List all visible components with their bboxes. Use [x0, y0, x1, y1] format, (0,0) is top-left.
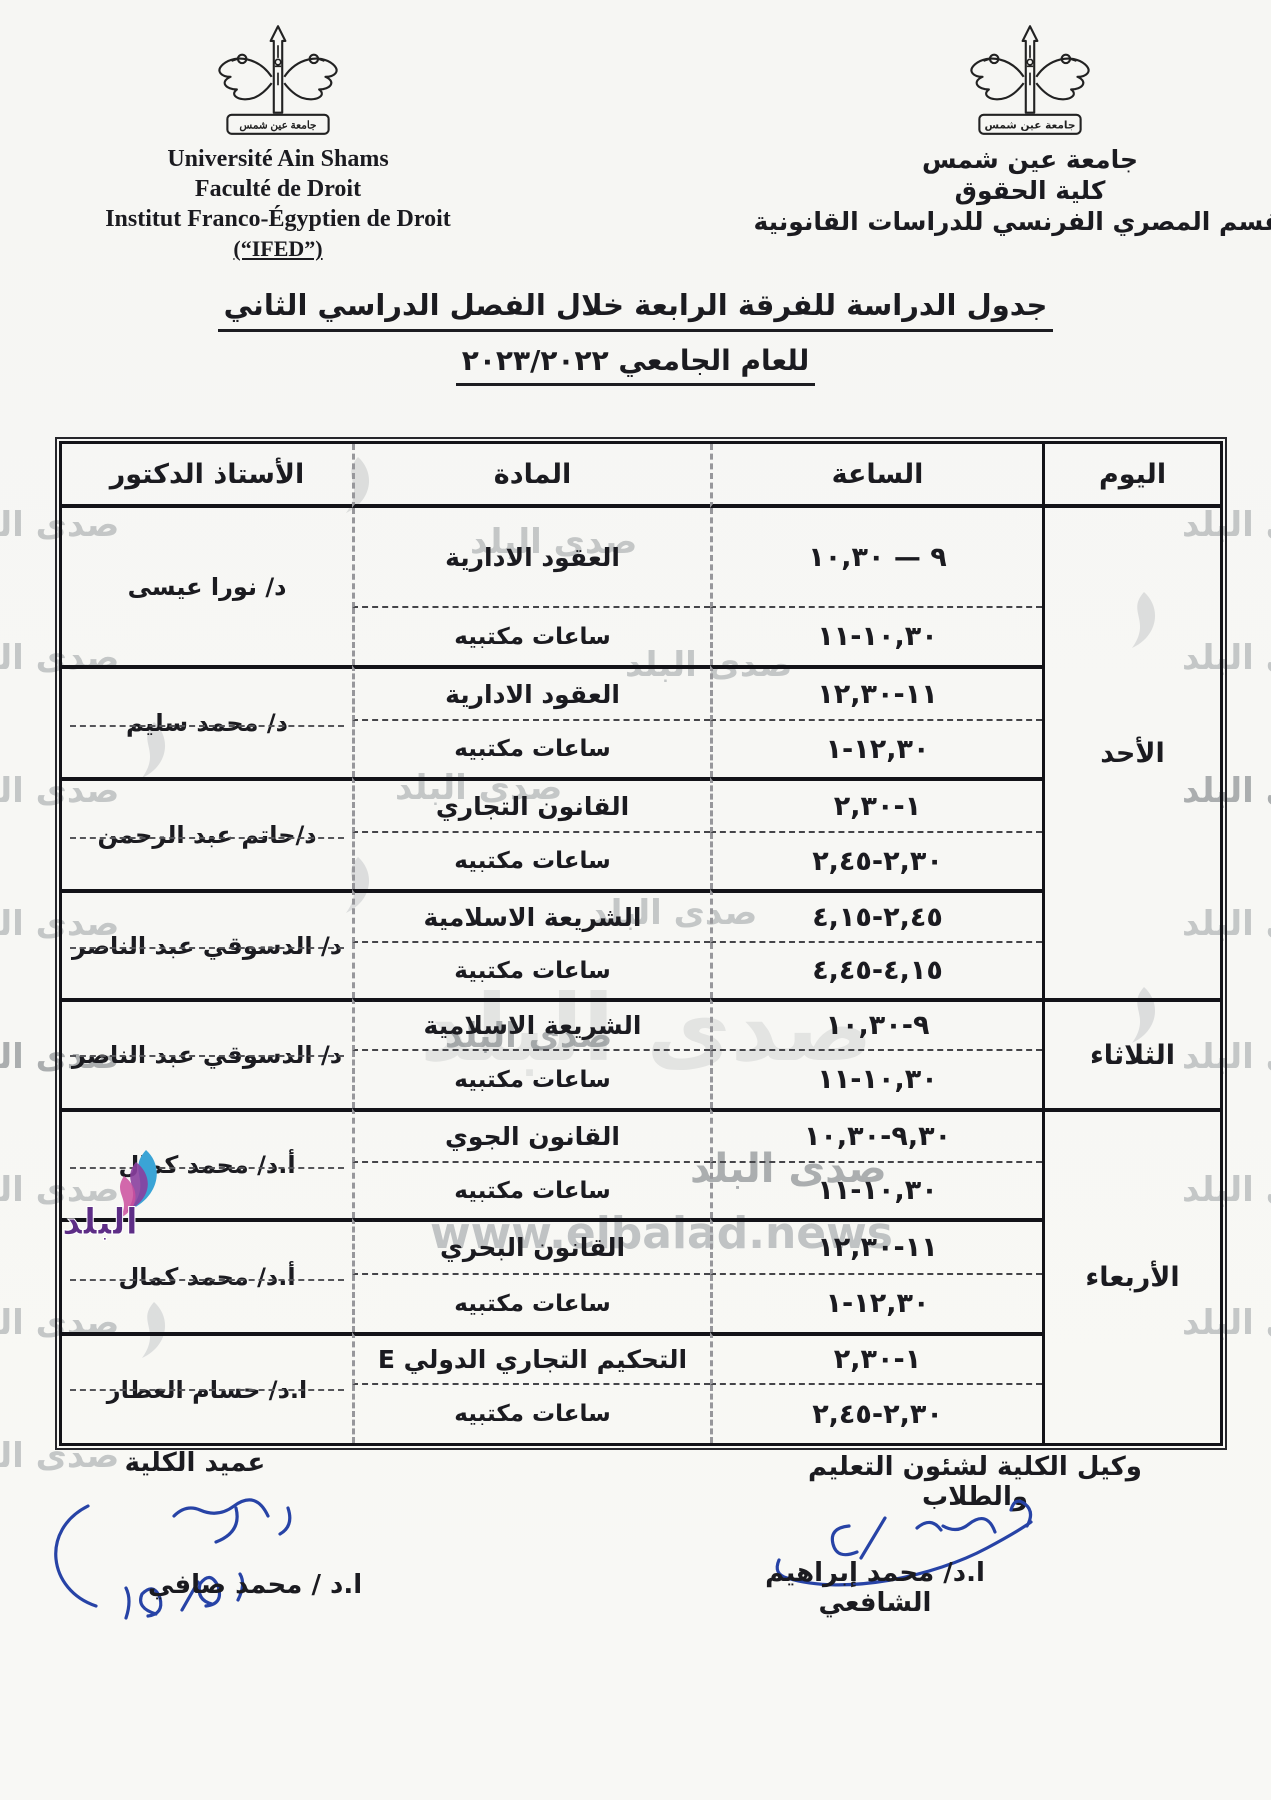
day-cell-wednesday: الأربعاء: [1042, 1108, 1220, 1443]
dean-signature: [30, 1478, 330, 1648]
header-french-line1: Université Ain Shams: [88, 144, 468, 174]
header-arabic-line1: جامعة عين شمس: [760, 144, 1271, 175]
time-cell: ١١-١٢,٣٠: [710, 665, 1042, 721]
header-french: جامعة عين شمس Université Ain Shams Facul…: [88, 22, 468, 264]
header-french-line2: Faculté de Droit: [88, 174, 468, 204]
time-cell: ٩,٣٠-١٠,٣٠: [710, 1108, 1042, 1163]
subject-cell: القانون الجوي: [352, 1108, 710, 1163]
schedule-table: الأستاذ الدكتور المادة الساعة اليوم الأح…: [55, 437, 1227, 1450]
title-line1: جدول الدراسة للفرقة الرابعة خلال الفصل ا…: [218, 288, 1054, 332]
document-title: جدول الدراسة للفرقة الرابعة خلال الفصل ا…: [0, 288, 1271, 386]
university-obelisk-logo: جامعة عين شمس: [955, 22, 1105, 138]
time-cell: ٤,١٥-٤,٤٥: [710, 943, 1042, 998]
elbalad-color-logo: البلد: [60, 1146, 190, 1246]
column-header-professor: الأستاذ الدكتور: [62, 444, 352, 508]
office-hours-cell: ساعات مكتبيه: [352, 1163, 710, 1218]
column-header-subject: المادة: [352, 444, 710, 508]
professor-cell: د/ الدسوقي عبد الناصر: [62, 889, 352, 998]
day-cell-tuesday: الثلاثاء: [1042, 998, 1220, 1108]
subject-cell: التحكيم التجاري الدولي E: [352, 1332, 710, 1385]
column-header-time: الساعة: [710, 444, 1042, 508]
time-cell: ١-٢,٣٠: [710, 1332, 1042, 1385]
office-hours-cell: ساعات مكتبيه: [352, 1051, 710, 1108]
logo-caption: جامعة عين شمس: [239, 120, 317, 132]
professor-cell: د/ الدسوقي عبد الناصر: [62, 998, 352, 1108]
title-line2: للعام الجامعي ٢٠٢٣/٢٠٢٢: [456, 344, 816, 386]
dean-name: ا.د / محمد صافي: [120, 1570, 390, 1600]
subject-cell: القانون التجاري: [352, 777, 710, 833]
office-hours-cell: ساعات مكتبيه: [352, 608, 710, 665]
office-hours-cell: ساعات مكتبيه: [352, 1275, 710, 1332]
time-cell: ١٠,٣٠-١١: [710, 1163, 1042, 1218]
office-hours-cell: ساعات مكتبيه: [352, 833, 710, 889]
time-cell: ٢,٣٠-٢,٤٥: [710, 833, 1042, 889]
header-french-ifed: (“IFED”): [88, 234, 468, 264]
time-cell: ١٠,٣٠-١١: [710, 608, 1042, 665]
office-hours-cell: ساعات مكتبيه: [352, 721, 710, 777]
time-cell: ٩-١٠,٣٠: [710, 998, 1042, 1051]
logo-caption: جامعة عين شمس: [984, 120, 1075, 132]
dean-title: عميد الكلية: [95, 1448, 295, 1478]
vice-dean-name: ا.د/ محمد إبراهيم الشافعي: [740, 1558, 1010, 1618]
header-french-line3: Institut Franco-Égyptien de Droit: [88, 204, 468, 234]
professor-cell: د/ نورا عيسى: [62, 508, 352, 665]
time-cell: ١١-١٢,٣٠: [710, 1218, 1042, 1275]
elbalad-logo-text: البلد: [62, 1202, 138, 1243]
time-cell: ٢,٣٠-٢,٤٥: [710, 1385, 1042, 1443]
header-arabic-line2: كلية الحقوق: [760, 175, 1271, 206]
day-cell-sunday: الأحد: [1042, 508, 1220, 998]
header-arabic: جامعة عين شمس جامعة عين شمس كلية الحقوق …: [760, 22, 1271, 237]
subject-cell: القانون البحري: [352, 1218, 710, 1275]
professor-cell: د/ محمد سليم: [62, 665, 352, 777]
column-header-day: اليوم: [1042, 444, 1220, 508]
time-cell: ١٢,٣٠-١: [710, 1275, 1042, 1332]
header-arabic-line3: القسم المصري الفرنسي للدراسات القانونية: [760, 206, 1271, 237]
subject-cell: العقود الادارية: [352, 665, 710, 721]
subject-cell: الشريعة الاسلامية: [352, 889, 710, 943]
scanned-schedule-page: صدى البلد صدى البلد صدى البلد صدى البلد …: [0, 0, 1271, 1800]
subject-cell: العقود الادارية: [352, 508, 710, 608]
time-cell: ١٠,٣٠-١١: [710, 1051, 1042, 1108]
office-hours-cell: ساعات مكتبيه: [352, 1385, 710, 1443]
time-cell: ١-٢,٣٠: [710, 777, 1042, 833]
professor-cell: ا.د/ حسام العطار: [62, 1332, 352, 1443]
time-cell: ٢,٤٥-٤,١٥: [710, 889, 1042, 943]
time-cell: ٩ — ١٠,٣٠: [710, 508, 1042, 608]
subject-cell: الشريعة الاسلامية: [352, 998, 710, 1051]
time-cell: ١٢,٣٠-١: [710, 721, 1042, 777]
university-obelisk-logo: جامعة عين شمس: [203, 22, 353, 138]
professor-cell: د/حاتم عبد الرحمن: [62, 777, 352, 889]
office-hours-cell: ساعات مكتبية: [352, 943, 710, 998]
